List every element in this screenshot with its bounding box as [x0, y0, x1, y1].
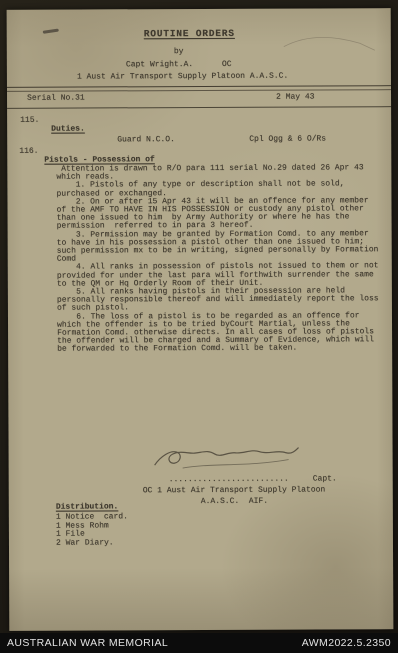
horizontal-rule-top — [7, 85, 391, 92]
signature-dotted-line: ......................... Capt. — [169, 475, 337, 484]
smudge-mark — [43, 29, 59, 34]
signature-unit-line: A.A.S.C. AIF. — [201, 498, 268, 506]
distribution-list: 1 Notice card. 1 Mess Rohm 1 File 2 War … — [56, 513, 128, 548]
duty-role: Guard N.C.O. — [117, 136, 175, 144]
serial-number: Serial No.31 — [27, 95, 85, 103]
document-photo: ROUTINE ORDERS by Capt Wright.A. OC 1 Au… — [0, 0, 398, 633]
document-title: ROUTINE ORDERS — [144, 30, 235, 39]
signature-scrawl — [149, 441, 301, 476]
item-115-number: 115. — [20, 117, 39, 125]
byline: by — [174, 48, 184, 56]
distribution-heading: Distribution. — [56, 503, 118, 511]
footer-bar: AUSTRALIAN WAR MEMORIAL AWM2022.5.2350 — [0, 633, 398, 653]
footer-institution: AUSTRALIAN WAR MEMORIAL — [7, 637, 168, 649]
unit-line: 1 Aust Air Transport Supply Platoon A.A.… — [77, 73, 288, 82]
pencil-mark — [282, 30, 377, 54]
item-116-number: 116. — [19, 148, 38, 156]
officer-line: Capt Wright.A. OC — [126, 61, 232, 70]
order-date: 2 May 43 — [276, 93, 314, 101]
footer-accession-number: AWM2022.5.2350 — [302, 637, 391, 649]
signature-title-line: OC 1 Aust Air Transport Supply Platoon — [143, 486, 325, 495]
item-116-body: Attention is drawn to R/O para 111 seria… — [56, 164, 387, 354]
horizontal-rule-bottom — [7, 106, 391, 109]
item-115-heading: Duties. — [51, 126, 85, 134]
duty-detail: Cpl Ogg & 6 O/Rs — [249, 135, 326, 144]
document-paper: ROUTINE ORDERS by Capt Wright.A. OC 1 Au… — [7, 8, 394, 631]
